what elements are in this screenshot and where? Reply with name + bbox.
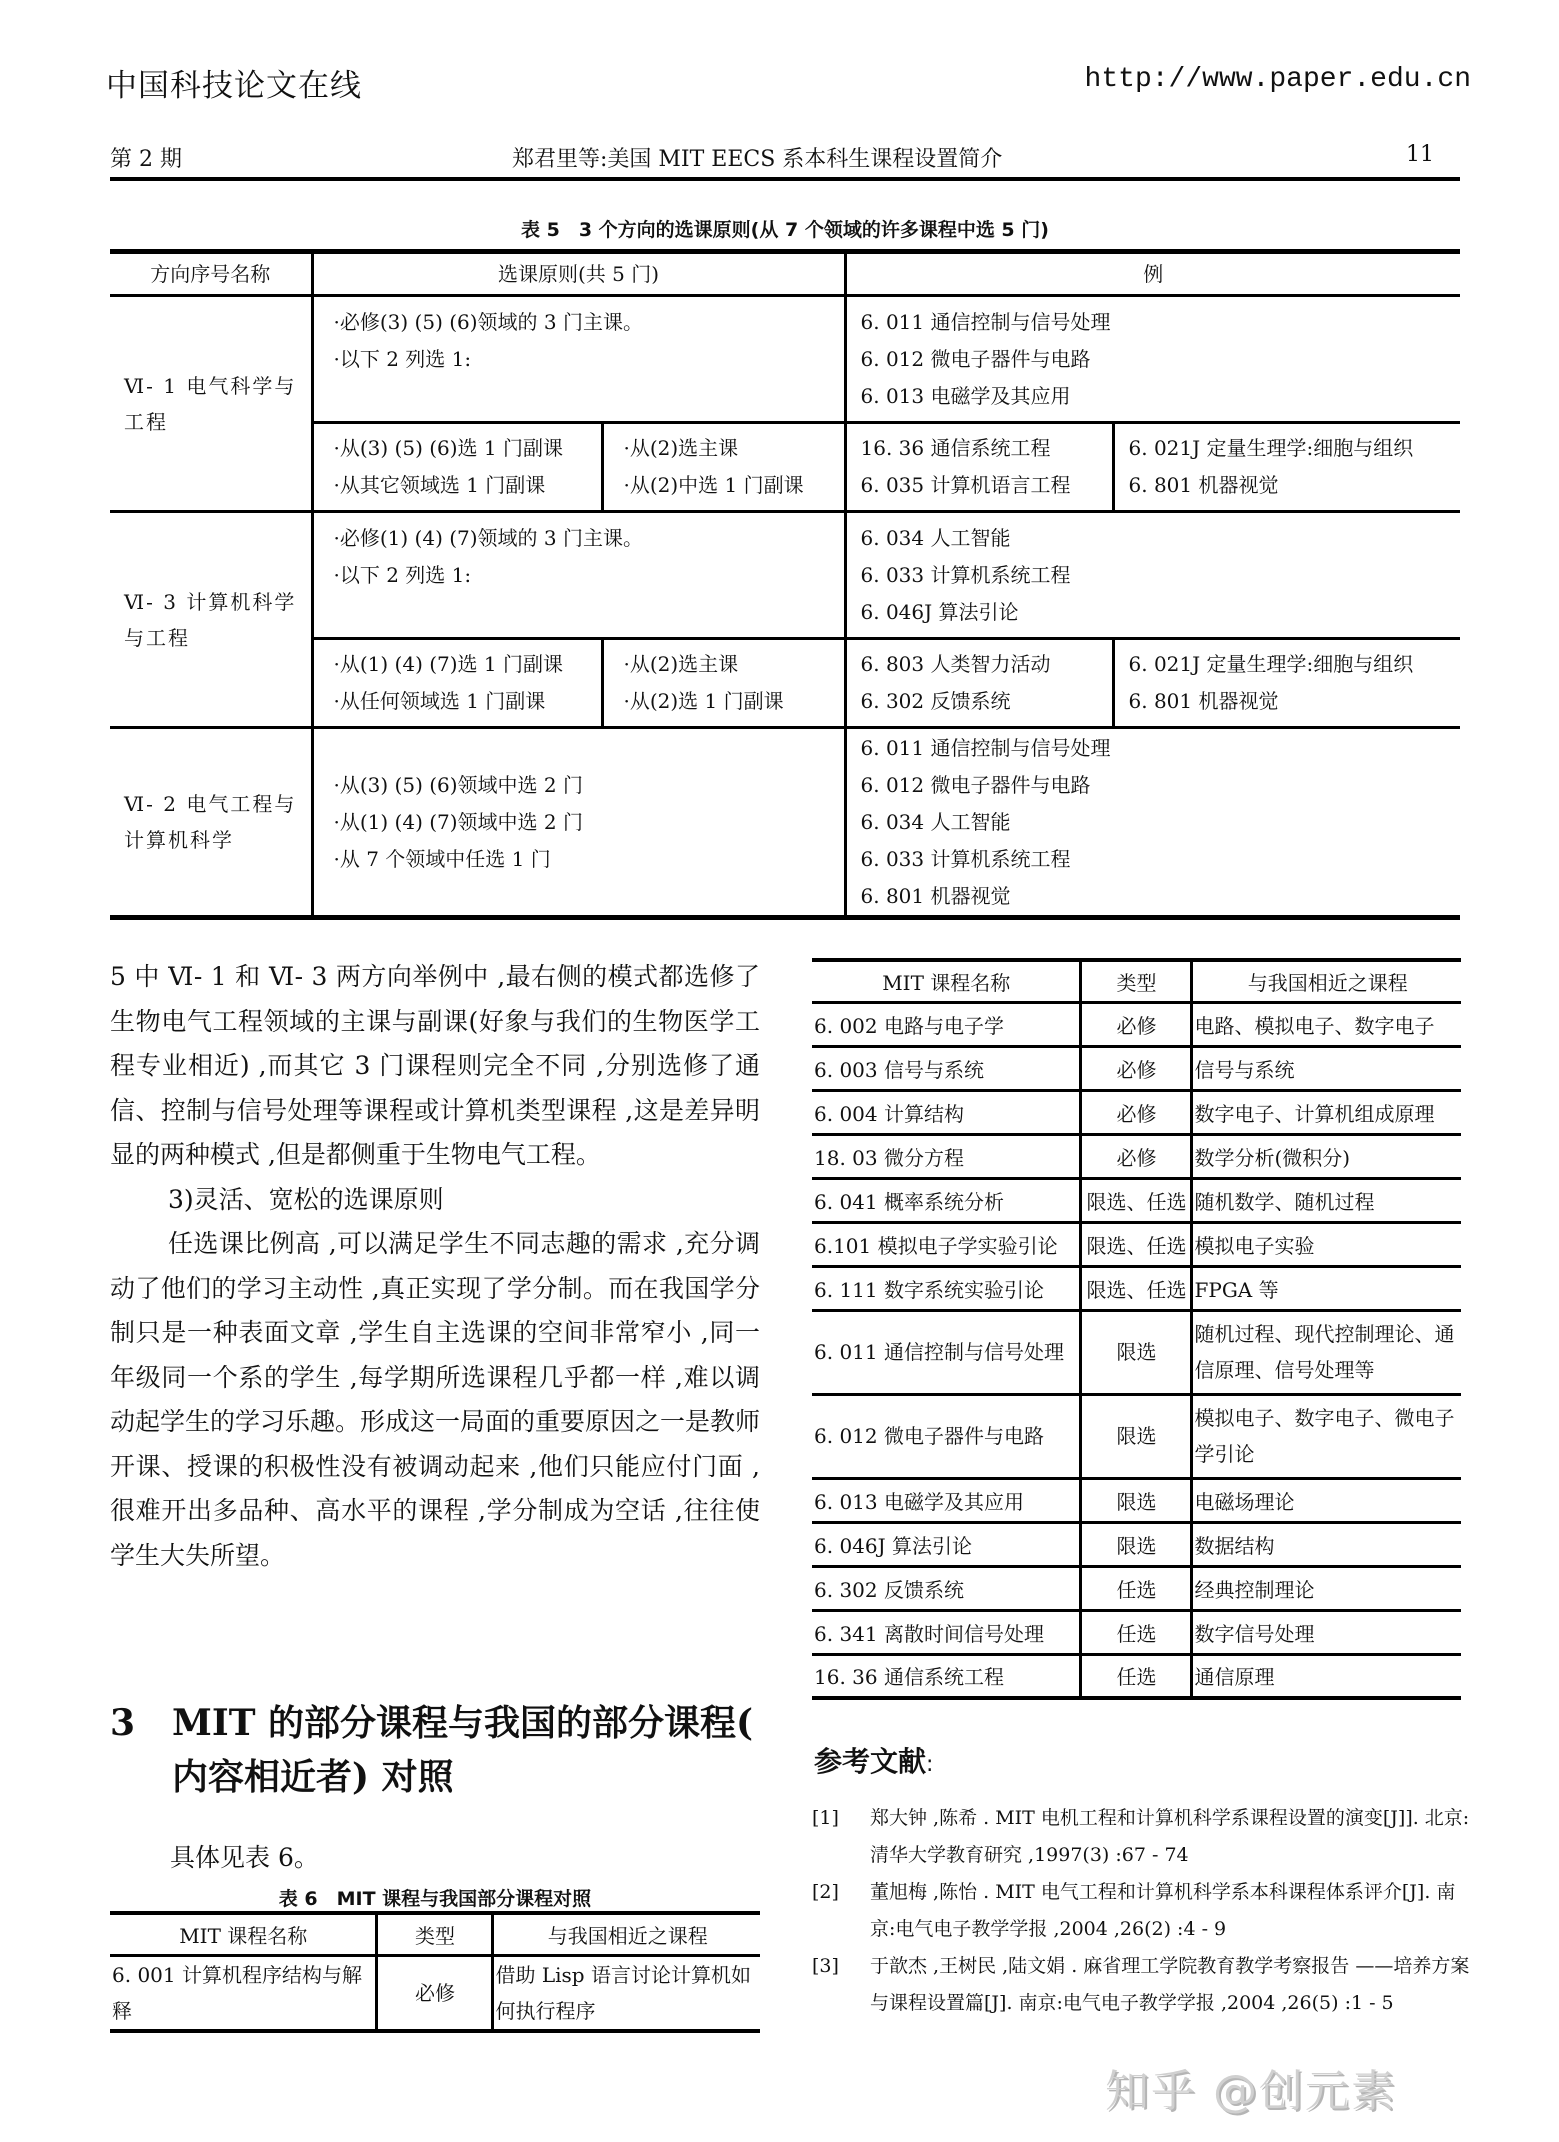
equivalent-course: 模拟电子实验 <box>1191 1222 1461 1266</box>
table5-row: Ⅵ- 2 电气工程与计算机科学 ·从(3) (5) (6)领域中选 2 门 ·从… <box>110 728 1460 918</box>
rules-left: ·从(3) (5) (6)选 1 门副课 ·从其它领域选 1 门副课 <box>312 423 602 512</box>
table5: 方向序号名称 选课原则(共 5 门) 例 Ⅵ- 1 电气科学与工程 ·必修(3)… <box>110 249 1460 920</box>
examples-main: 6. 034 人工智能 6. 033 计算机系统工程 6. 046J 算法引论 <box>845 512 1460 639</box>
course-type: 限选 <box>1080 1522 1191 1566</box>
table6-header-course: MIT 课程名称 <box>110 1913 376 1955</box>
example-course: 6. 034 人工智能 <box>861 804 1461 841</box>
table6-part2: MIT 课程名称 类型 与我国相近之课程 6. 002 电路与电子学必修电路、模… <box>812 958 1461 1700</box>
table6-row: 6. 046J 算法引论限选数据结构 <box>812 1522 1461 1566</box>
site-url: http://www.paper.edu.cn <box>1085 64 1471 95</box>
equivalent-course: 数学分析(微积分) <box>1191 1134 1461 1178</box>
equivalent-course: 数据结构 <box>1191 1522 1461 1566</box>
table5-caption: 表 5 3 个方向的选课原则(从 7 个领域的许多课程中选 5 门) <box>110 215 1460 242</box>
course-type: 限选、任选 <box>1080 1178 1191 1222</box>
example-course: 6. 012 微电子器件与电路 <box>861 767 1461 804</box>
example-course: 6. 801 机器视觉 <box>861 878 1461 915</box>
course-type: 必修 <box>1080 1090 1191 1134</box>
table6-row: 6. 341 离散时间信号处理任选数字信号处理 <box>812 1610 1461 1654</box>
rule-line: ·从(3) (5) (6)领域中选 2 门 <box>334 767 844 804</box>
table5-header-direction: 方向序号名称 <box>110 252 312 296</box>
reference-number: [1] <box>812 1800 839 1837</box>
table6-row: 6. 003 信号与系统必修信号与系统 <box>812 1046 1461 1090</box>
example-course: 6. 801 机器视觉 <box>1129 467 1461 504</box>
examples-left: 6. 803 人类智力活动 6. 302 反馈系统 <box>845 639 1113 728</box>
table5-row: Ⅵ- 3 计算机科学与工程 ·必修(1) (4) (7)领域的 3 门主课。 ·… <box>110 512 1460 639</box>
rule-line: ·以下 2 列选 1: <box>334 341 844 378</box>
mit-course: 6. 046J 算法引论 <box>812 1522 1080 1566</box>
running-head: 第 2 期 郑君里等:美国 MIT EECS 系本科生课程设置简介 11 <box>110 142 1460 176</box>
table6-row: 16. 36 通信系统工程任选通信原理 <box>812 1654 1461 1698</box>
course-type: 必修 <box>1080 1134 1191 1178</box>
table6-part1: MIT 课程名称 类型 与我国相近之课程 6. 001 计算机程序结构与解释 必… <box>110 1911 760 2033</box>
rule-line: ·从(2)选主课 <box>624 646 844 683</box>
paragraph: 5 中 Ⅵ- 1 和 Ⅵ- 3 两方向举例中 ,最右侧的模式都选修了生物电气工程… <box>110 955 760 1178</box>
rules-main: ·必修(3) (5) (6)领域的 3 门主课。 ·以下 2 列选 1: <box>312 296 845 423</box>
direction-name: Ⅵ- 3 计算机科学与工程 <box>110 512 312 728</box>
examples-right: 6. 021J 定量生理学:细胞与组织 6. 801 机器视觉 <box>1113 423 1460 512</box>
header-rule <box>110 177 1460 181</box>
table6-row: 6. 013 电磁学及其应用限选电磁场理论 <box>812 1478 1461 1522</box>
equivalent-course: 电磁场理论 <box>1191 1478 1461 1522</box>
mit-course: 6. 002 电路与电子学 <box>812 1002 1080 1046</box>
equivalent-course: 数字电子、计算机组成原理 <box>1191 1090 1461 1134</box>
references-heading: 参考文献: <box>814 1740 933 1780</box>
course-type: 任选 <box>1080 1610 1191 1654</box>
table5-header-row: 方向序号名称 选课原则(共 5 门) 例 <box>110 252 1460 296</box>
equivalent-course: 通信原理 <box>1191 1654 1461 1698</box>
table6-row: 6. 302 反馈系统任选经典控制理论 <box>812 1566 1461 1610</box>
reference-text: 董旭梅 ,陈怡 . MIT 电气工程和计算机科学系本科课程体系评介[J]. 南京… <box>870 1881 1455 1940</box>
paragraph: 任选课比例高 ,可以满足学生不同志趣的需求 ,充分调动了他们的学习主动性 ,真正… <box>110 1222 760 1578</box>
table6-row: 6. 041 概率系统分析限选、任选随机数学、随机过程 <box>812 1178 1461 1222</box>
equivalent-course: FPGA 等 <box>1191 1266 1461 1310</box>
equivalent-course: 电路、模拟电子、数字电子 <box>1191 1002 1461 1046</box>
example-course: 6. 046J 算法引论 <box>861 594 1461 631</box>
reference-item: [3] 于歆杰 ,王树民 ,陆文娟 . 麻省理工学院教育教学考察报告 ——培养方… <box>812 1948 1472 2022</box>
table5-header-examples: 例 <box>845 252 1460 296</box>
reference-item: [1] 郑大钟 ,陈希 . MIT 电机工程和计算机科学系课程设置的演变[J]]… <box>812 1800 1472 1874</box>
mit-course: 6.101 模拟电子学实验引论 <box>812 1222 1080 1266</box>
examples-left: 16. 36 通信系统工程 6. 035 计算机语言工程 <box>845 423 1113 512</box>
table6-header-equivalent: 与我国相近之课程 <box>492 1913 760 1955</box>
example-course: 6. 012 微电子器件与电路 <box>861 341 1461 378</box>
mit-course: 6. 013 电磁学及其应用 <box>812 1478 1080 1522</box>
mit-course: 6. 111 数字系统实验引论 <box>812 1266 1080 1310</box>
equivalent-course: 借助 Lisp 语言讨论计算机如何执行程序 <box>492 1955 760 2031</box>
rule-line: ·必修(1) (4) (7)领域的 3 门主课。 <box>334 520 844 557</box>
rule-line: ·从(2)选主课 <box>624 430 844 467</box>
course-type: 必修 <box>1080 1002 1191 1046</box>
example-course: 6. 302 反馈系统 <box>861 683 1112 720</box>
course-type: 限选 <box>1080 1478 1191 1522</box>
example-course: 6. 034 人工智能 <box>861 520 1461 557</box>
equivalent-course: 模拟电子、数字电子、微电子学引论 <box>1191 1394 1461 1478</box>
mit-course: 18. 03 微分方程 <box>812 1134 1080 1178</box>
table6-header-type: 类型 <box>376 1913 492 1955</box>
references-title: 参考文献 <box>814 1745 926 1778</box>
table6-caption: 表 6 MIT 课程与我国部分课程对照 <box>110 1884 760 1911</box>
table6-row: 6. 011 通信控制与信号处理限选随机过程、现代控制理论、通信原理、信号处理等 <box>812 1310 1461 1394</box>
rule-line: ·以下 2 列选 1: <box>334 557 844 594</box>
mit-course: 6. 011 通信控制与信号处理 <box>812 1310 1080 1394</box>
table6-row: 6. 001 计算机程序结构与解释 必修 借助 Lisp 语言讨论计算机如何执行… <box>110 1955 760 2031</box>
reference-item: [2] 董旭梅 ,陈怡 . MIT 电气工程和计算机科学系本科课程体系评介[J]… <box>812 1874 1472 1948</box>
table6-row: 6. 111 数字系统实验引论限选、任选FPGA 等 <box>812 1266 1461 1310</box>
example-course: 16. 36 通信系统工程 <box>861 430 1112 467</box>
rules-main: ·必修(1) (4) (7)领域的 3 门主课。 ·以下 2 列选 1: <box>312 512 845 639</box>
example-course: 6. 013 电磁学及其应用 <box>861 378 1461 415</box>
table6-row: 6.101 模拟电子学实验引论限选、任选模拟电子实验 <box>812 1222 1461 1266</box>
table6-row: 18. 03 微分方程必修数学分析(微积分) <box>812 1134 1461 1178</box>
course-type: 任选 <box>1080 1566 1191 1610</box>
table6-header-row: MIT 课程名称 类型 与我国相近之课程 <box>110 1913 760 1955</box>
table5-row: ·从(3) (5) (6)选 1 门副课 ·从其它领域选 1 门副课 ·从(2)… <box>110 423 1460 512</box>
page-number: 11 <box>1406 142 1434 167</box>
course-type: 限选、任选 <box>1080 1266 1191 1310</box>
mit-course: 6. 001 计算机程序结构与解释 <box>110 1955 376 2031</box>
equivalent-course: 信号与系统 <box>1191 1046 1461 1090</box>
mit-course: 6. 302 反馈系统 <box>812 1566 1080 1610</box>
references-colon: : <box>926 1752 933 1777</box>
watermark: 知乎 @创元素 <box>1105 2055 1397 2119</box>
course-type: 限选 <box>1080 1310 1191 1394</box>
mit-course: 6. 003 信号与系统 <box>812 1046 1080 1090</box>
rules-right: ·从(2)选主课 ·从(2)选 1 门副课 <box>602 639 845 728</box>
table6-header-course: MIT 课程名称 <box>812 960 1080 1002</box>
rules-right: ·从(2)选主课 ·从(2)中选 1 门副课 <box>602 423 845 512</box>
rule-line: ·从(3) (5) (6)选 1 门副课 <box>334 430 601 467</box>
equivalent-course: 随机过程、现代控制理论、通信原理、信号处理等 <box>1191 1310 1461 1394</box>
example-course: 6. 803 人类智力活动 <box>861 646 1112 683</box>
issue-number: 第 2 期 <box>110 142 182 173</box>
reference-number: [2] <box>812 1874 839 1911</box>
course-type: 必修 <box>376 1955 492 2031</box>
equivalent-course: 经典控制理论 <box>1191 1566 1461 1610</box>
course-type: 必修 <box>1080 1046 1191 1090</box>
rule-line: ·从(2)选 1 门副课 <box>624 683 844 720</box>
rule-line: ·从(1) (4) (7)领域中选 2 门 <box>334 804 844 841</box>
rules-main: ·从(3) (5) (6)领域中选 2 门 ·从(1) (4) (7)领域中选 … <box>312 728 845 918</box>
course-type: 限选、任选 <box>1080 1222 1191 1266</box>
reference-number: [3] <box>812 1948 839 1985</box>
references-list: [1] 郑大钟 ,陈希 . MIT 电机工程和计算机科学系课程设置的演变[J]]… <box>812 1800 1472 2022</box>
example-course: 6. 011 通信控制与信号处理 <box>861 730 1461 767</box>
rule-line: ·从(2)中选 1 门副课 <box>624 467 844 504</box>
see-table-text: 具体见表 6。 <box>170 1838 319 1874</box>
mit-course: 16. 36 通信系统工程 <box>812 1654 1080 1698</box>
example-course: 6. 035 计算机语言工程 <box>861 467 1112 504</box>
table6-row: 6. 012 微电子器件与电路限选模拟电子、数字电子、微电子学引论 <box>812 1394 1461 1478</box>
section-title: MIT 的部分课程与我国的部分课程( 内容相近者) 对照 <box>172 1696 772 1804</box>
table6-header-equivalent: 与我国相近之课程 <box>1191 960 1461 1002</box>
section-number: 3 <box>110 1696 135 1750</box>
mit-course: 6. 041 概率系统分析 <box>812 1178 1080 1222</box>
example-course: 6. 021J 定量生理学:细胞与组织 <box>1129 430 1461 467</box>
subheading: 3)灵活、宽松的选课原则 <box>110 1178 760 1223</box>
rule-line: ·从 7 个领域中任选 1 门 <box>334 841 844 878</box>
reference-text: 于歆杰 ,王树民 ,陆文娟 . 麻省理工学院教育教学考察报告 ——培养方案与课程… <box>870 1955 1469 2014</box>
example-course: 6. 021J 定量生理学:细胞与组织 <box>1129 646 1461 683</box>
mit-course: 6. 004 计算结构 <box>812 1090 1080 1134</box>
reference-text: 郑大钟 ,陈希 . MIT 电机工程和计算机科学系课程设置的演变[J]]. 北京… <box>870 1807 1469 1866</box>
rule-line: ·从其它领域选 1 门副课 <box>334 467 601 504</box>
table6-header-row: MIT 课程名称 类型 与我国相近之课程 <box>812 960 1461 1002</box>
mit-course: 6. 012 微电子器件与电路 <box>812 1394 1080 1478</box>
table5-row: ·从(1) (4) (7)选 1 门副课 ·从任何领域选 1 门副课 ·从(2)… <box>110 639 1460 728</box>
direction-name: Ⅵ- 1 电气科学与工程 <box>110 296 312 512</box>
table6-row: 6. 002 电路与电子学必修电路、模拟电子、数字电子 <box>812 1002 1461 1046</box>
mit-course: 6. 341 离散时间信号处理 <box>812 1610 1080 1654</box>
equivalent-course: 随机数学、随机过程 <box>1191 1178 1461 1222</box>
rule-line: ·必修(3) (5) (6)领域的 3 门主课。 <box>334 304 844 341</box>
example-course: 6. 033 计算机系统工程 <box>861 557 1461 594</box>
example-course: 6. 801 机器视觉 <box>1129 683 1461 720</box>
table6-header-type: 类型 <box>1080 960 1191 1002</box>
table5-header-rules: 选课原则(共 5 门) <box>312 252 845 296</box>
table6-row: 6. 004 计算结构必修数字电子、计算机组成原理 <box>812 1090 1461 1134</box>
example-course: 6. 033 计算机系统工程 <box>861 841 1461 878</box>
example-course: 6. 011 通信控制与信号处理 <box>861 304 1461 341</box>
table5-row: Ⅵ- 1 电气科学与工程 ·必修(3) (5) (6)领域的 3 门主课。 ·以… <box>110 296 1460 423</box>
examples-right: 6. 021J 定量生理学:细胞与组织 6. 801 机器视觉 <box>1113 639 1460 728</box>
course-type: 任选 <box>1080 1654 1191 1698</box>
course-type: 限选 <box>1080 1394 1191 1478</box>
rule-line: ·从(1) (4) (7)选 1 门副课 <box>334 646 601 683</box>
examples-main: 6. 011 通信控制与信号处理 6. 012 微电子器件与电路 6. 034 … <box>845 728 1460 918</box>
site-name: 中国科技论文在线 <box>106 60 362 105</box>
rules-left: ·从(1) (4) (7)选 1 门副课 ·从任何领域选 1 门副课 <box>312 639 602 728</box>
running-title: 郑君里等:美国 MIT EECS 系本科生课程设置简介 <box>512 142 1002 173</box>
body-left-column: 5 中 Ⅵ- 1 和 Ⅵ- 3 两方向举例中 ,最右侧的模式都选修了生物电气工程… <box>110 955 760 1578</box>
direction-name: Ⅵ- 2 电气工程与计算机科学 <box>110 728 312 918</box>
examples-main: 6. 011 通信控制与信号处理 6. 012 微电子器件与电路 6. 013 … <box>845 296 1460 423</box>
equivalent-course: 数字信号处理 <box>1191 1610 1461 1654</box>
rule-line: ·从任何领域选 1 门副课 <box>334 683 601 720</box>
